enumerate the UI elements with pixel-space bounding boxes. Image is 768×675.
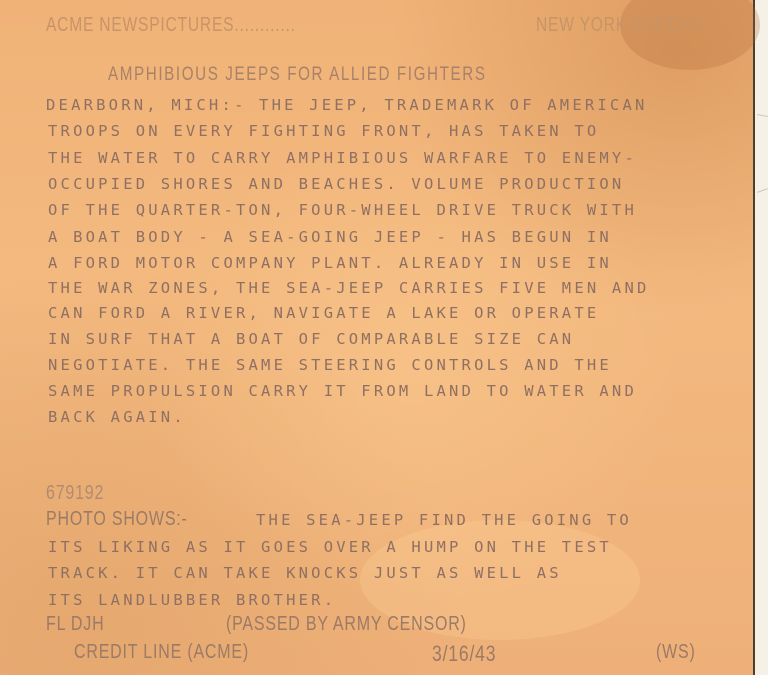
scratch-mark (757, 188, 768, 193)
body-line: THE WAR ZONES, THE SEA-JEEP CARRIES FIVE… (48, 279, 650, 297)
photo-shows-line: ITS LIKING AS IT GOES OVER A HUMP ON THE… (48, 538, 612, 556)
photo-number: 679192 (46, 482, 104, 505)
body-line: DEARBORN, MICH:- THE JEEP, TRADEMARK OF … (46, 96, 648, 114)
photo-shows-line: ITS LANDLUBBER BROTHER. (48, 591, 336, 609)
body-line: BACK AGAIN. (48, 408, 186, 426)
photo-shows-label: PHOTO SHOWS:- (46, 508, 188, 531)
photo-shows-line: THE SEA-JEEP FIND THE GOING TO (256, 511, 632, 529)
body-line: OCCUPIED SHORES AND BEACHES. VOLUME PROD… (48, 175, 624, 193)
date: 3/16/43 (432, 641, 496, 667)
photo-shows-line: TRACK. IT CAN TAKE KNOCKS JUST AS WELL A… (48, 564, 562, 582)
body-line: SAME PROPULSION CARRY IT FROM LAND TO WA… (48, 382, 637, 400)
scratch-mark (757, 114, 768, 117)
body-line: TROOPS ON EVERY FIGHTING FRONT, HAS TAKE… (48, 122, 599, 140)
credit-line: CREDIT LINE (ACME) (74, 641, 249, 664)
body-line: NEGOTIATE. THE SAME STEERING CONTROLS AN… (48, 356, 612, 374)
agency-header: ACME NEWSPICTURES............ (46, 14, 296, 37)
headline: AMPHIBIOUS JEEPS FOR ALLIED FIGHTERS (108, 64, 487, 86)
body-line: A FORD MOTOR COMPANY PLANT. ALREADY IN U… (48, 254, 612, 272)
caption-paper: ACME NEWSPICTURES............ NEW YORK B… (0, 0, 755, 675)
body-line: IN SURF THAT A BOAT OF COMPARABLE SIZE C… (48, 330, 574, 348)
body-line: OF THE QUARTER-TON, FOUR-WHEEL DRIVE TRU… (48, 201, 637, 219)
code: (WS) (656, 641, 696, 664)
bureau-location: NEW YORK BUREAU (536, 14, 702, 37)
initials: FL DJH (46, 613, 104, 636)
censor-note: (PASSED BY ARMY CENSOR) (226, 613, 467, 636)
body-line: A BOAT BODY - A SEA-GOING JEEP - HAS BEG… (48, 228, 612, 246)
body-line: THE WATER TO CARRY AMPHIBIOUS WARFARE TO… (48, 149, 637, 167)
body-line: CAN FORD A RIVER, NAVIGATE A LAKE OR OPE… (48, 304, 599, 322)
agency-name: ACME NEWSPICTURES............ (46, 14, 296, 36)
